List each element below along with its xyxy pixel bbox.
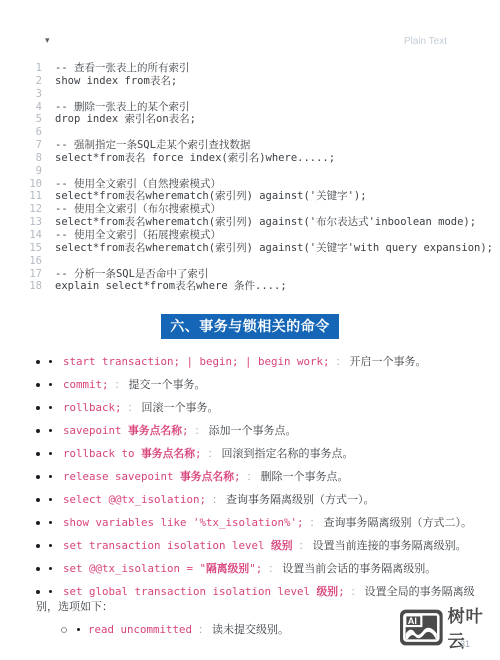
inline-code: commit; <box>63 378 109 391</box>
list-item: set transaction isolation level 级别：设置当前连… <box>0 538 500 554</box>
bullet-icon <box>49 360 52 363</box>
line-text: -- 分析一条SQL是否命中了索引 <box>55 268 208 281</box>
bullet-icon <box>49 475 52 478</box>
page-number: 31 <box>460 639 470 649</box>
line-number: 13 <box>0 216 55 229</box>
bullet-icon <box>49 544 52 547</box>
bullet-icon <box>36 590 40 594</box>
separator-colon: ： <box>115 379 126 391</box>
inline-code: select @@tx_isolation; <box>63 493 206 506</box>
command-description: 开启一个事务。 <box>350 356 427 368</box>
line-number: 3 <box>0 88 55 101</box>
bullet-icon <box>49 521 52 524</box>
bullet-icon <box>36 383 40 387</box>
bullet-icon <box>36 452 40 456</box>
command-description: 提交一个事务。 <box>129 379 206 391</box>
code-line: 7-- 强制指定一条SQL走某个索引查找数据 <box>0 139 500 152</box>
line-text: select*from表名 force index(索引名)where.....… <box>55 152 335 165</box>
ai-image-logo-icon: AI <box>400 609 443 646</box>
separator-colon: ： <box>208 448 219 460</box>
code-line: 14-- 使用全文索引（拓展搜索模式） <box>0 229 500 242</box>
line-number: 7 <box>0 139 55 152</box>
bullet-icon <box>49 429 52 432</box>
bullet-icon <box>36 475 40 479</box>
line-text: select*from表名wherematch(索引列) against('关键… <box>55 190 367 203</box>
separator-colon: ： <box>247 471 258 483</box>
inline-code: release savepoint 事务点名称; <box>63 470 241 483</box>
inline-code: start transaction; | begin; | begin work… <box>63 355 330 368</box>
command-description: 删除一个事务点。 <box>261 471 349 483</box>
inline-code: rollback to 事务点名称; <box>63 447 202 460</box>
bullet-icon <box>36 521 40 525</box>
code-line: 3 <box>0 88 500 101</box>
bullet-icon <box>49 452 52 455</box>
line-text: -- 查看一张表上的所有索引 <box>55 62 189 75</box>
line-text: select*from表名wherematch(索引列) against('关键… <box>55 242 493 255</box>
code-line: 10-- 使用全文索引（自然搜索模式） <box>0 178 500 191</box>
line-number: 4 <box>0 101 55 114</box>
line-text: explain select*from表名where 条件....; <box>55 280 287 293</box>
separator-colon: ： <box>198 624 209 636</box>
list-item: rollback;：回滚一个事务。 <box>0 400 500 416</box>
code-line: 18explain select*from表名where 条件....; <box>0 280 500 293</box>
bullet-icon <box>36 567 40 571</box>
line-number: 2 <box>0 75 55 88</box>
command-description: 设置当前连接的事务隔离级别。 <box>313 540 467 552</box>
command-description: 回滚到指定名称的事务点。 <box>222 448 354 460</box>
bullet-icon <box>36 360 40 364</box>
line-text: -- 使用全文索引（自然搜索模式） <box>55 178 221 191</box>
collapse-arrow-icon[interactable]: ▾ <box>45 35 50 45</box>
code-line: 11select*from表名wherematch(索引列) against('… <box>0 190 500 203</box>
logo-brand-text: 树叶云 <box>448 602 500 652</box>
line-number: 15 <box>0 242 55 255</box>
bullet-icon <box>49 406 52 409</box>
code-line: 13select*from表名wherematch(索引列) against('… <box>0 216 500 229</box>
logo-ai-label: AI <box>408 616 417 626</box>
line-number: 9 <box>0 165 55 178</box>
list-item: select @@tx_isolation;：查询事务隔离级别（方式一）。 <box>0 492 500 508</box>
hollow-bullet-icon <box>61 627 67 633</box>
code-line: 6 <box>0 126 500 139</box>
list-item: set @@tx_isolation = "隔离级别";：设置当前会话的事务隔离… <box>0 561 500 577</box>
inline-code: set @@tx_isolation = "隔离级别"; <box>63 562 262 575</box>
document-page: ▾ Plain Text 1-- 查看一张表上的所有索引2show index … <box>0 0 500 638</box>
section-heading: 六、事务与锁相关的命令 <box>161 314 339 339</box>
bullet-icon <box>49 383 52 386</box>
separator-colon: ： <box>268 563 279 575</box>
command-list: start transaction; | begin; | begin work… <box>0 354 500 638</box>
line-number: 16 <box>0 255 55 268</box>
command-description: 添加一个事务点。 <box>209 425 297 437</box>
bullet-icon <box>36 429 40 433</box>
command-description: 设置当前会话的事务隔离级别。 <box>282 563 436 575</box>
code-line: 2show index from表名; <box>0 75 500 88</box>
separator-colon: ： <box>336 356 347 368</box>
bullet-icon <box>36 498 40 502</box>
line-text: select*from表名wherematch(索引列) against('布尔… <box>55 216 476 229</box>
bullet-icon <box>77 628 80 631</box>
list-item: show variables like '%tx_isolation%';：查询… <box>0 515 500 531</box>
code-line: 5drop index 索引名on表名; <box>0 113 500 126</box>
separator-colon: ： <box>310 517 321 529</box>
line-text: -- 删除一张表上的某个索引 <box>55 101 189 114</box>
bullet-icon <box>49 567 52 570</box>
list-item: start transaction; | begin; | begin work… <box>0 354 500 370</box>
line-number: 6 <box>0 126 55 139</box>
line-number: 10 <box>0 178 55 191</box>
inline-code: set transaction isolation level 级别 <box>63 539 293 552</box>
bullet-icon <box>49 590 52 593</box>
line-number: 12 <box>0 203 55 216</box>
line-number: 8 <box>0 152 55 165</box>
line-text: -- 使用全文索引（布尔搜索模式） <box>55 203 221 216</box>
separator-colon: ： <box>351 586 362 598</box>
separator-colon: ： <box>195 425 206 437</box>
watermark-logo: AI 树叶云 <box>400 602 500 652</box>
bullet-icon <box>49 498 52 501</box>
command-description: 回滚一个事务。 <box>142 402 219 414</box>
language-label: Plain Text <box>404 36 447 47</box>
code-line: 9 <box>0 165 500 178</box>
line-number: 1 <box>0 62 55 75</box>
code-line: 17-- 分析一条SQL是否命中了索引 <box>0 268 500 281</box>
command-description: 查询事务隔离级别（方式一）。 <box>226 494 375 506</box>
command-description: 读未提交级别。 <box>212 624 289 636</box>
code-line: 4-- 删除一张表上的某个索引 <box>0 101 500 114</box>
line-text: show index from表名; <box>55 75 177 88</box>
inline-code: set global transaction isolation level 级… <box>63 585 345 598</box>
inline-code: read uncommitted <box>88 623 192 636</box>
list-item: savepoint 事务点名称;：添加一个事务点。 <box>0 423 500 439</box>
separator-colon: ： <box>212 494 223 506</box>
list-item: commit;：提交一个事务。 <box>0 377 500 393</box>
line-number: 5 <box>0 113 55 126</box>
line-number: 18 <box>0 280 55 293</box>
bullet-icon <box>36 406 40 410</box>
line-text: -- 使用全文索引（拓展搜索模式） <box>55 229 221 242</box>
code-line: 12-- 使用全文索引（布尔搜索模式） <box>0 203 500 216</box>
code-line: 16 <box>0 255 500 268</box>
inline-code: savepoint 事务点名称; <box>63 424 189 437</box>
bullet-icon <box>36 544 40 548</box>
line-number: 14 <box>0 229 55 242</box>
section-heading-row: 六、事务与锁相关的命令 <box>0 314 500 339</box>
line-number: 17 <box>0 268 55 281</box>
command-description: 查询事务隔离级别（方式二）。 <box>324 517 473 529</box>
code-line: 1-- 查看一张表上的所有索引 <box>0 62 500 75</box>
list-item: release savepoint 事务点名称;：删除一个事务点。 <box>0 469 500 485</box>
separator-colon: ： <box>299 540 310 552</box>
line-text: -- 强制指定一条SQL走某个索引查找数据 <box>55 139 250 152</box>
separator-colon: ： <box>128 402 139 414</box>
code-line: 8select*from表名 force index(索引名)where....… <box>0 152 500 165</box>
list-item: rollback to 事务点名称;：回滚到指定名称的事务点。 <box>0 446 500 462</box>
line-number: 11 <box>0 190 55 203</box>
inline-code: show variables like '%tx_isolation%'; <box>63 516 304 529</box>
line-text: drop index 索引名on表名; <box>55 113 196 126</box>
inline-code: rollback; <box>63 401 122 414</box>
code-line: 15select*from表名wherematch(索引列) against('… <box>0 242 500 255</box>
